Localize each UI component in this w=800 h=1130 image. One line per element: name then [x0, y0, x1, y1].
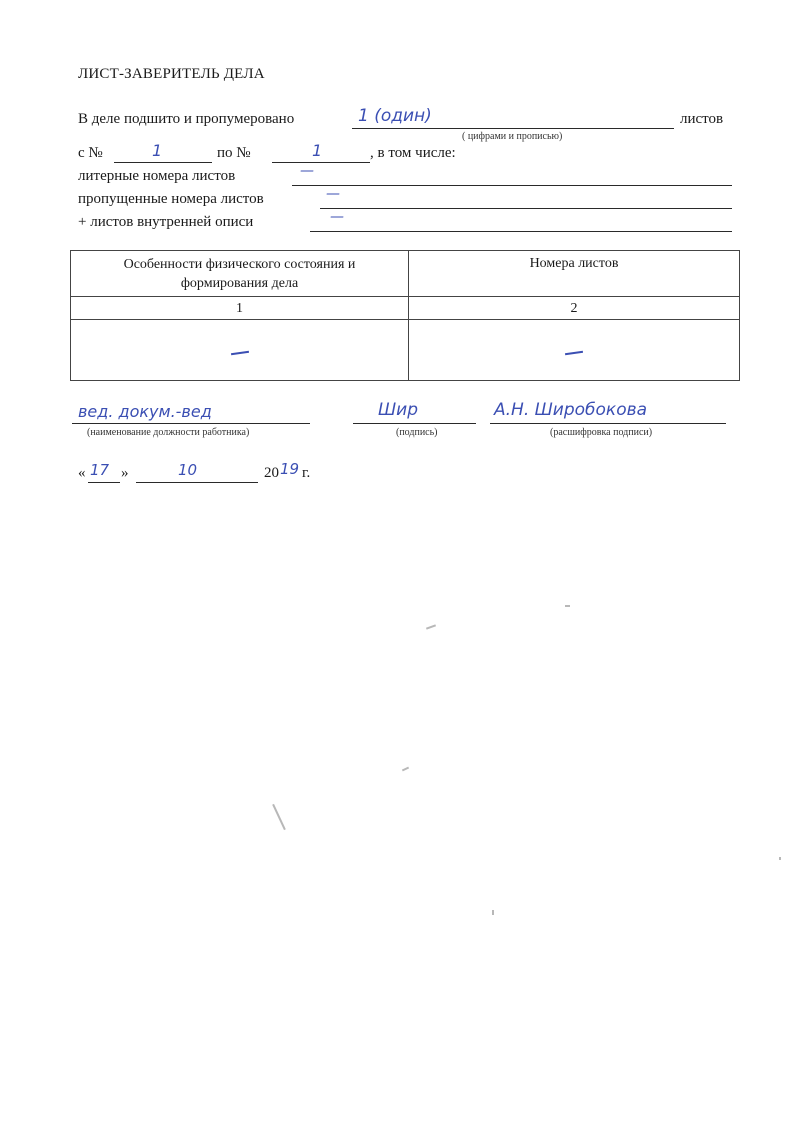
date-day: 17 [90, 461, 109, 479]
handwritten-dash-sheet-numbers [565, 350, 583, 354]
range-from-underline [114, 162, 212, 163]
date-close-quote: » [121, 465, 129, 482]
range-to-underline [272, 162, 370, 163]
field-underline-missing-numbers [320, 208, 732, 209]
scan-speck [402, 767, 409, 772]
statement-prefix: В деле подшито и пропумеровано [78, 111, 294, 128]
table-col-number-1: 1 [71, 297, 409, 320]
date-year-suffix: 19 [280, 460, 299, 478]
field-label-inner-inventory: + листов внутренней описи [78, 214, 253, 231]
signature-underline [353, 423, 476, 424]
date-open-quote: « [78, 465, 86, 482]
handwritten-count: 1 (один) [358, 106, 432, 126]
signature-hint: (подпись) [396, 427, 438, 438]
field-value-inner-inventory: — [330, 209, 344, 225]
field-label-letter-numbers: литерные номера листов [78, 168, 235, 185]
scan-speck [492, 910, 494, 915]
table-header-sheet-numbers: Номера листов [409, 251, 740, 297]
table-row [71, 320, 740, 381]
date-day-underline [88, 482, 120, 483]
document-title: ЛИСТ-ЗАВЕРИТЕЛЬ ДЕЛА [78, 66, 265, 83]
range-from-value: 1 [152, 141, 162, 160]
position-underline [72, 423, 310, 424]
decode-underline [490, 423, 726, 424]
scan-speck [272, 804, 286, 830]
handwritten-dash-condition [230, 350, 248, 354]
date-month-underline [136, 482, 258, 483]
table-number-row: 1 2 [71, 297, 740, 320]
decode-value: А.Н. Широбокова [494, 400, 647, 420]
signature-value: Шир [378, 400, 418, 420]
position-hint: (наименование должности работника) [87, 427, 249, 438]
table-header-row: Особенности физического состояния и форм… [71, 251, 740, 297]
field-value-letter-numbers: — [300, 163, 314, 179]
decode-hint: (расшифровка подписи) [550, 427, 652, 438]
date-year-prefix: 20 [264, 465, 279, 482]
count-hint: ( цифрами и прописью) [462, 131, 562, 142]
scan-speck [426, 624, 436, 629]
count-underline [352, 128, 674, 129]
field-underline-letter-numbers [292, 185, 732, 186]
table-header-condition: Особенности физического состояния и форм… [71, 251, 409, 297]
condition-table: Особенности физического состояния и форм… [70, 250, 740, 381]
date-month: 10 [178, 461, 197, 479]
field-underline-inner-inventory [310, 231, 732, 232]
table-cell-sheet-numbers [409, 320, 740, 381]
statement-suffix: листов [680, 111, 723, 128]
scan-speck [779, 857, 781, 860]
table-col-number-2: 2 [409, 297, 740, 320]
range-to-label: по № [217, 145, 251, 162]
range-suffix: , в том числе: [370, 145, 456, 162]
scan-speck [565, 605, 570, 607]
range-to-value: 1 [312, 141, 322, 160]
position-value: вед. докум.-вед [78, 402, 212, 421]
date-year-end: г. [302, 465, 310, 482]
range-from-label: с № [78, 145, 103, 162]
field-label-missing-numbers: пропущенные номера листов [78, 191, 264, 208]
field-value-missing-numbers: — [326, 186, 340, 202]
table-cell-condition [71, 320, 409, 381]
